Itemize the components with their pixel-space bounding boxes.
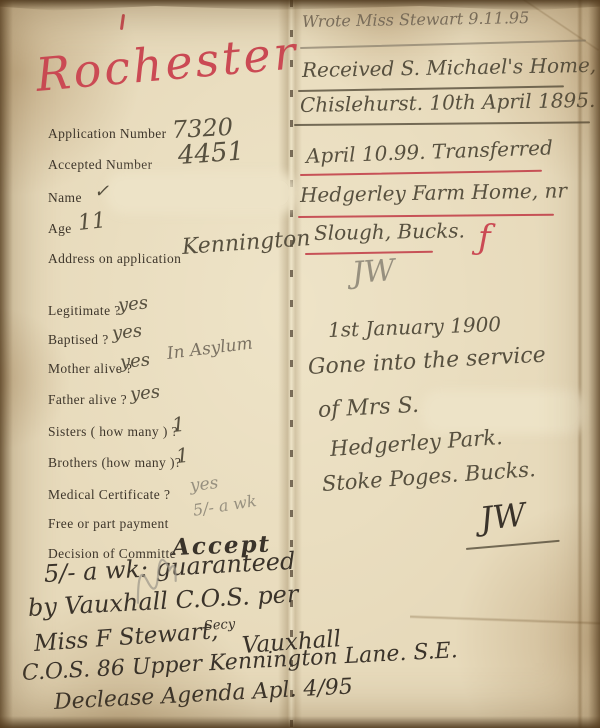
red-underline xyxy=(298,214,554,218)
field-label-name: Name xyxy=(48,190,82,206)
ink-monogram: JW xyxy=(478,495,527,538)
ink-underline xyxy=(294,121,590,126)
note-transfer-line2: Hedgerley Farm Home, nr xyxy=(300,178,567,207)
note-transfer-line1: April 10.99. Transferred xyxy=(306,135,554,168)
field-value-brothers: 1 xyxy=(175,443,190,468)
register-page-scan: Rochester Application Number Accepted Nu… xyxy=(0,0,600,728)
field-value-accepted-number: 4451 xyxy=(177,136,245,171)
ink-underline xyxy=(466,540,560,550)
page-left-edge xyxy=(0,0,13,728)
field-value-age: 11 xyxy=(77,208,107,236)
field-label-legitimate: Legitimate ? xyxy=(48,303,121,319)
field-value-baptised: yes xyxy=(111,320,143,344)
field-label-free-or-part-payment: Free or part payment xyxy=(48,516,169,532)
binding-fold-shade xyxy=(278,0,302,728)
bottom-note-line3-superscript: Secy xyxy=(203,617,235,634)
field-value-mother-alive: yes xyxy=(119,349,151,373)
field-value-father-alive: yes xyxy=(129,381,161,405)
pencil-monogram: JW xyxy=(351,253,396,291)
note-wrote-stewart: Wrote Miss Stewart 9.11.95 xyxy=(302,8,530,31)
field-value-legitimate: yes xyxy=(117,292,149,316)
field-value-sisters: 1 xyxy=(171,412,186,437)
red-underline xyxy=(300,170,542,176)
binding-stitches xyxy=(290,0,293,728)
region-header: Rochester xyxy=(34,25,301,102)
note-service-line3: of Mrs S. xyxy=(317,393,419,423)
redaction-smudge-name xyxy=(114,180,289,206)
ink-underline xyxy=(300,40,586,49)
note-service-line2: Gone into the service xyxy=(307,343,546,380)
note-service-line5: Stoke Poges. Bucks. xyxy=(321,457,536,496)
paper-crease xyxy=(410,615,600,626)
field-label-age: Age xyxy=(48,221,72,237)
field-label-address: Address on application xyxy=(48,251,181,267)
field-label-baptised: Baptised ? xyxy=(48,332,109,348)
field-value-address: Kennington xyxy=(181,226,311,260)
field-label-accepted-number: Accepted Number xyxy=(48,157,153,173)
field-label-application-number: Application Number xyxy=(48,126,167,142)
note-received-line1: Received S. Michael's Home, xyxy=(302,53,597,82)
note-received-line2: Chislehurst. 10th April 1895. xyxy=(300,88,596,117)
field-note-mother-alive: In Asylum xyxy=(166,334,254,364)
red-flourish-icon: ƒ xyxy=(478,218,491,258)
field-value-medical-certificate: yes xyxy=(189,473,219,496)
redaction-smudge-employer xyxy=(430,398,578,426)
note-transfer-line3: Slough, Bucks. xyxy=(314,218,465,245)
red-ink-mark xyxy=(120,14,125,30)
note-service-line1: 1st January 1900 xyxy=(328,312,502,342)
field-value-name-mark: ✓ xyxy=(94,181,109,202)
field-label-medical-certificate: Medical Certificate ? xyxy=(48,487,170,503)
field-value-free-or-part-payment: 5/- a wk xyxy=(192,491,258,520)
field-label-sisters: Sisters ( how many ) ? xyxy=(48,424,178,440)
field-label-brothers: Brothers (how many )? xyxy=(48,455,181,471)
note-service-line4: Hedgerley Park. xyxy=(329,425,503,461)
field-label-father-alive: Father alive ? xyxy=(48,392,127,408)
torn-bottom-edge xyxy=(0,716,600,728)
